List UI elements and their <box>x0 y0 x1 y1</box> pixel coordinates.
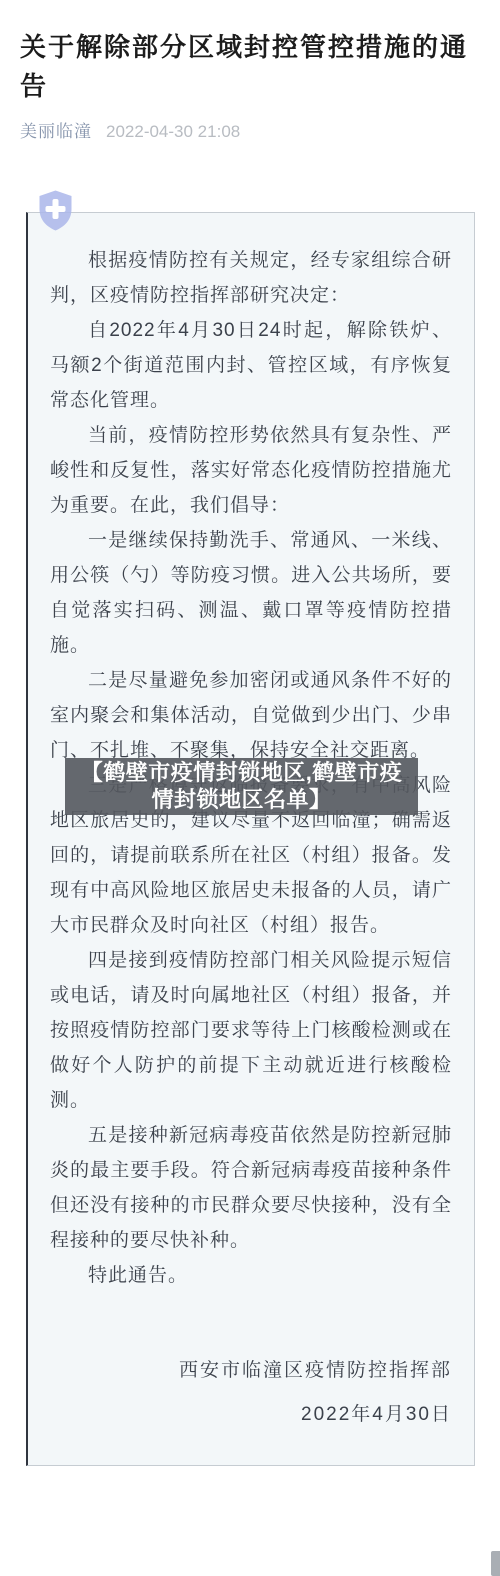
signature-block: 西安市临潼区疫情防控指挥部 2022年4月30日 <box>50 1349 452 1437</box>
author-link[interactable]: 美丽临潼 <box>20 120 92 144</box>
notice-paragraph: 二是尽量避免参加密闭或通风条件不好的室内聚会和集体活动，自觉做到少出门、少串门、… <box>50 663 452 768</box>
notice-paragraph: 自2022年4月30日24时起，解除铁炉、马额2个街道范围内封、管控区域，有序恢… <box>50 313 452 418</box>
watermark-overlay: 【鹤壁市疫情封锁地区,鹤壁市疫情封锁地区名单】 <box>65 758 418 815</box>
notice-paragraph: 根据疫情防控有关规定，经专家组综合研判，区疫情防控指挥部研究决定： <box>50 243 452 313</box>
signature-date: 2022年4月30日 <box>50 1393 452 1437</box>
article-page: 关于解除部分区域封控管控措施的通告 美丽临潼 2022-04-30 21:08 … <box>0 0 500 1576</box>
shield-plus-icon <box>37 189 74 232</box>
scrollbar-thumb[interactable] <box>491 1551 500 1576</box>
notice-paragraph: 当前，疫情防控形势依然具有复杂性、严峻性和反复性，落实好常态化疫情防控措施尤为重… <box>50 418 452 523</box>
signature-issuer: 西安市临潼区疫情防控指挥部 <box>50 1349 452 1393</box>
publish-timestamp: 2022-04-30 21:08 <box>106 120 240 144</box>
notice-paragraph: 五是接种新冠病毒疫苗依然是防控新冠肺炎的最主要手段。符合新冠病毒疫苗接种条件但还… <box>50 1118 452 1258</box>
notice-paragraph: 特此通告。 <box>50 1258 452 1293</box>
notice-card: 根据疫情防控有关规定，经专家组综合研判，区疫情防控指挥部研究决定： 自2022年… <box>26 212 475 1466</box>
article-meta: 美丽临潼 2022-04-30 21:08 <box>20 120 480 144</box>
notice-paragraph: 四是接到疫情防控部门相关风险提示短信或电话，请及时向属地社区（村组）报备，并按照… <box>50 943 452 1118</box>
article-title: 关于解除部分区域封控管控措施的通告 <box>20 28 480 106</box>
notice-paragraph: 一是继续保持勤洗手、常通风、一米线、用公筷（勺）等防疫习惯。进入公共场所，要自觉… <box>50 523 452 663</box>
